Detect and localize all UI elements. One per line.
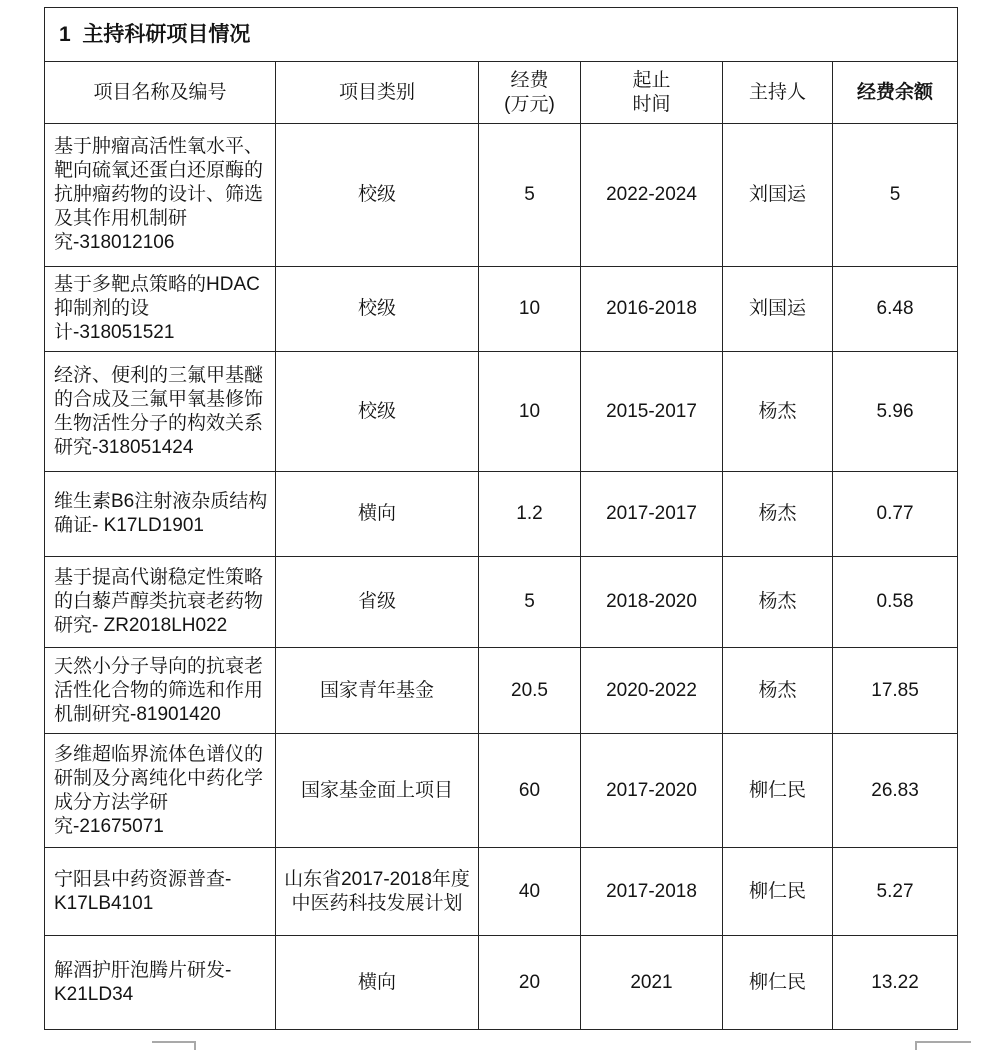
clipped-box-left [152,1041,196,1050]
host-cell: 刘国运 [723,124,833,267]
project-name-cell: 基于肿瘤高活性氧水平、靶向硫氧还蛋白还原酶的抗肿瘤药物的设计、筛选及其作用机制研… [45,124,276,267]
header-project-name: 项目名称及编号 [45,62,276,124]
clipped-box-right [915,1041,971,1050]
host-cell: 杨杰 [723,472,833,557]
project-name-cell: 维生素B6注射液杂质结构确证- K17LD1901 [45,472,276,557]
host-cell: 柳仁民 [723,936,833,1030]
table-title-row: 1 主持科研项目情况 [45,8,958,62]
category-cell: 国家青年基金 [276,648,479,734]
category-cell: 横向 [276,472,479,557]
balance-cell: 0.58 [833,557,958,648]
period-cell: 2016-2018 [581,267,723,352]
funding-cell: 5 [479,124,581,267]
research-projects-table: 1 主持科研项目情况 项目名称及编号 项目类别 经费 (万元) 起止 时间 主持… [44,7,958,1030]
period-cell: 2022-2024 [581,124,723,267]
table-row: 多维超临界流体色谱仪的研制及分离纯化中药化学成分方法学研究-21675071 国… [45,734,958,848]
category-cell: 校级 [276,352,479,472]
header-category: 项目类别 [276,62,479,124]
funding-cell: 60 [479,734,581,848]
table-row: 维生素B6注射液杂质结构确证- K17LD1901 横向 1.2 2017-20… [45,472,958,557]
host-cell: 杨杰 [723,352,833,472]
project-name-cell: 多维超临界流体色谱仪的研制及分离纯化中药化学成分方法学研究-21675071 [45,734,276,848]
header-host: 主持人 [723,62,833,124]
period-cell: 2021 [581,936,723,1030]
table-header-row: 项目名称及编号 项目类别 经费 (万元) 起止 时间 主持人 经费余额 [45,62,958,124]
table-row: 基于肿瘤高活性氧水平、靶向硫氧还蛋白还原酶的抗肿瘤药物的设计、筛选及其作用机制研… [45,124,958,267]
table-row: 基于提高代谢稳定性策略的白藜芦醇类抗衰老药物研究- ZR2018LH022 省级… [45,557,958,648]
funding-cell: 40 [479,848,581,936]
balance-cell: 17.85 [833,648,958,734]
balance-cell: 5.96 [833,352,958,472]
balance-cell: 5.27 [833,848,958,936]
host-cell: 柳仁民 [723,848,833,936]
project-name-cell: 天然小分子导向的抗衰老活性化合物的筛选和作用机制研究-81901420 [45,648,276,734]
table-row: 解酒护肝泡腾片研发-K21LD34 横向 20 2021 柳仁民 13.22 [45,936,958,1030]
funding-cell: 20.5 [479,648,581,734]
table-row: 天然小分子导向的抗衰老活性化合物的筛选和作用机制研究-81901420 国家青年… [45,648,958,734]
period-cell: 2015-2017 [581,352,723,472]
funding-cell: 10 [479,352,581,472]
funding-cell: 1.2 [479,472,581,557]
balance-cell: 5 [833,124,958,267]
project-name-cell: 经济、便利的三氟甲基醚的合成及三氟甲氧基修饰生物活性分子的构效关系研究-3180… [45,352,276,472]
category-cell: 省级 [276,557,479,648]
balance-cell: 0.77 [833,472,958,557]
category-cell: 山东省2017-2018年度中医药科技发展计划 [276,848,479,936]
balance-cell: 26.83 [833,734,958,848]
table-row: 宁阳县中药资源普查-K17LB4101 山东省2017-2018年度中医药科技发… [45,848,958,936]
project-name-cell: 解酒护肝泡腾片研发-K21LD34 [45,936,276,1030]
section-title: 1 主持科研项目情况 [45,8,958,62]
funding-cell: 20 [479,936,581,1030]
host-cell: 杨杰 [723,557,833,648]
balance-cell: 13.22 [833,936,958,1030]
header-period: 起止 时间 [581,62,723,124]
category-cell: 校级 [276,267,479,352]
table-row: 基于多靶点策略的HDAC抑制剂的设计-318051521 校级 10 2016-… [45,267,958,352]
balance-cell: 6.48 [833,267,958,352]
period-cell: 2017-2018 [581,848,723,936]
period-cell: 2017-2020 [581,734,723,848]
period-cell: 2017-2017 [581,472,723,557]
period-cell: 2020-2022 [581,648,723,734]
project-name-cell: 宁阳县中药资源普查-K17LB4101 [45,848,276,936]
period-cell: 2018-2020 [581,557,723,648]
funding-cell: 5 [479,557,581,648]
host-cell: 柳仁民 [723,734,833,848]
category-cell: 横向 [276,936,479,1030]
header-balance: 经费余额 [833,62,958,124]
project-name-cell: 基于多靶点策略的HDAC抑制剂的设计-318051521 [45,267,276,352]
host-cell: 杨杰 [723,648,833,734]
header-funding: 经费 (万元) [479,62,581,124]
project-name-cell: 基于提高代谢稳定性策略的白藜芦醇类抗衰老药物研究- ZR2018LH022 [45,557,276,648]
category-cell: 国家基金面上项目 [276,734,479,848]
host-cell: 刘国运 [723,267,833,352]
funding-cell: 10 [479,267,581,352]
category-cell: 校级 [276,124,479,267]
table-row: 经济、便利的三氟甲基醚的合成及三氟甲氧基修饰生物活性分子的构效关系研究-3180… [45,352,958,472]
